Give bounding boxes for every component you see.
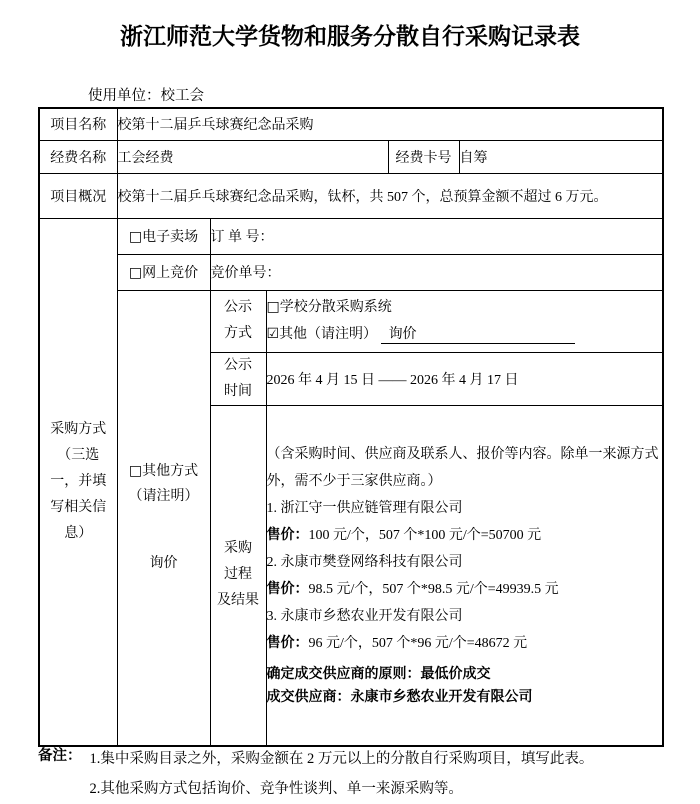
school-system-label: 学校分散采购系统 xyxy=(280,300,392,315)
table-row: 经费名称 工会经费 经费卡号 自筹 xyxy=(39,140,663,173)
table-row: 项目名称 校第十二届乒乓球赛纪念品采购 xyxy=(39,108,663,140)
supplier-3-price: 售价：96 元/个，507 个*96 元/个=48672 元 xyxy=(267,630,663,657)
option-emart: □电子卖场 xyxy=(117,218,210,254)
publicity-method-value: □学校分散采购系统 ☑其他（请注明） 询价 xyxy=(266,290,663,352)
supplier-1-price: 售价：100 元/个，507 个*100 元/个=50700 元 xyxy=(267,522,663,549)
publicity-time-value: 2026 年 4 月 15 日 —— 2026 年 4 月 17 日 xyxy=(266,352,663,405)
overview-label: 项目概况 xyxy=(39,173,117,218)
other-label-line2: （请注明） xyxy=(118,484,210,509)
table-row: □网上竞价 竞价单号： xyxy=(39,254,663,290)
other-checkbox[interactable]: □ xyxy=(129,463,142,479)
emart-checkbox[interactable]: □ xyxy=(129,229,142,245)
notes-label: 备注： xyxy=(38,744,82,804)
bidding-number-field[interactable]: 竞价单号： xyxy=(210,254,663,290)
option-bidding: □网上竞价 xyxy=(117,254,210,290)
fund-card-label: 经费卡号 xyxy=(388,140,459,173)
emart-label: 电子卖场 xyxy=(142,230,198,245)
fund-name-value: 工会经费 xyxy=(117,140,388,173)
overview-value: 校第十二届乒乓球赛纪念品采购，钛杯，共 507 个，总预算金额不超过 6 万元。 xyxy=(117,173,663,218)
project-name-label: 项目名称 xyxy=(39,108,117,140)
winning-supplier: 成交供应商：永康市乡愁农业开发有限公司 xyxy=(267,686,663,709)
table-row: □其他方式 （请注明） 询价 公示 方式 □学校分散采购系统 ☑其他（请注明） … xyxy=(39,290,663,352)
process-note: （含采购时间、供应商及联系人、报价等内容。除单一来源方式外，需不少于三家供应商。… xyxy=(267,441,663,495)
other-publicity-value[interactable]: 询价 xyxy=(381,326,575,344)
supplier-1-name: 1. 浙江守一供应链管理有限公司 xyxy=(267,495,663,522)
supplier-3-name: 3. 永康市乡愁农业开发有限公司 xyxy=(267,603,663,630)
option-other: □其他方式 （请注明） 询价 xyxy=(117,290,210,746)
procurement-record-table: 项目名称 校第十二届乒乓球赛纪念品采购 经费名称 工会经费 经费卡号 自筹 项目… xyxy=(38,107,664,747)
publicity-method-label: 公示 方式 xyxy=(210,290,266,352)
publicity-time-label: 公示 时间 xyxy=(210,352,266,405)
award-principle: 确定成交供应商的原则：最低价成交 xyxy=(267,663,663,686)
project-name-value: 校第十二届乒乓球赛纪念品采购 xyxy=(117,108,663,140)
note-item-2: 2.其他采购方式包括询价、竞争性谈判、单一来源采购等。 xyxy=(90,774,594,804)
method-label: 采购方式 （三选 一，并填 写相关信 息） xyxy=(39,218,117,746)
table-row: 项目概况 校第十二届乒乓球赛纪念品采购，钛杯，共 507 个，总预算金额不超过 … xyxy=(39,173,663,218)
supplier-2-name: 2. 永康市樊登网络科技有限公司 xyxy=(267,549,663,576)
other-label-line1: 其他方式 xyxy=(142,464,198,479)
page-title: 浙江师范大学货物和服务分散自行采购记录表 xyxy=(0,18,700,51)
using-unit: 使用单位：校工会 xyxy=(88,84,204,105)
bidding-checkbox[interactable]: □ xyxy=(129,265,142,281)
note-item-1: 1.集中采购目录之外，采购金额在 2 万元以上的分散自行采购项目，填写此表。 xyxy=(90,744,594,774)
school-system-checkbox[interactable]: □ xyxy=(267,299,280,315)
other-publicity-checkbox[interactable]: ☑ xyxy=(267,326,280,342)
process-label: 采购 过程 及结果 xyxy=(210,405,266,746)
other-publicity-label: 其他（请注明） xyxy=(279,327,377,342)
other-method-value: 询价 xyxy=(118,551,210,576)
order-number-field[interactable]: 订 单 号： xyxy=(210,218,663,254)
fund-card-value: 自筹 xyxy=(459,140,663,173)
bidding-label: 网上竞价 xyxy=(142,266,198,281)
using-unit-label: 使用单位： xyxy=(88,88,161,104)
using-unit-value: 校工会 xyxy=(161,88,205,104)
footer-notes: 备注： 1.集中采购目录之外，采购金额在 2 万元以上的分散自行采购项目，填写此… xyxy=(38,744,668,804)
fund-name-label: 经费名称 xyxy=(39,140,117,173)
process-content: （含采购时间、供应商及联系人、报价等内容。除单一来源方式外，需不少于三家供应商。… xyxy=(266,405,663,746)
table-row: 采购方式 （三选 一，并填 写相关信 息） □电子卖场 订 单 号： xyxy=(39,218,663,254)
supplier-2-price: 售价：98.5 元/个，507 个*98.5 元/个=49939.5 元 xyxy=(267,576,663,603)
